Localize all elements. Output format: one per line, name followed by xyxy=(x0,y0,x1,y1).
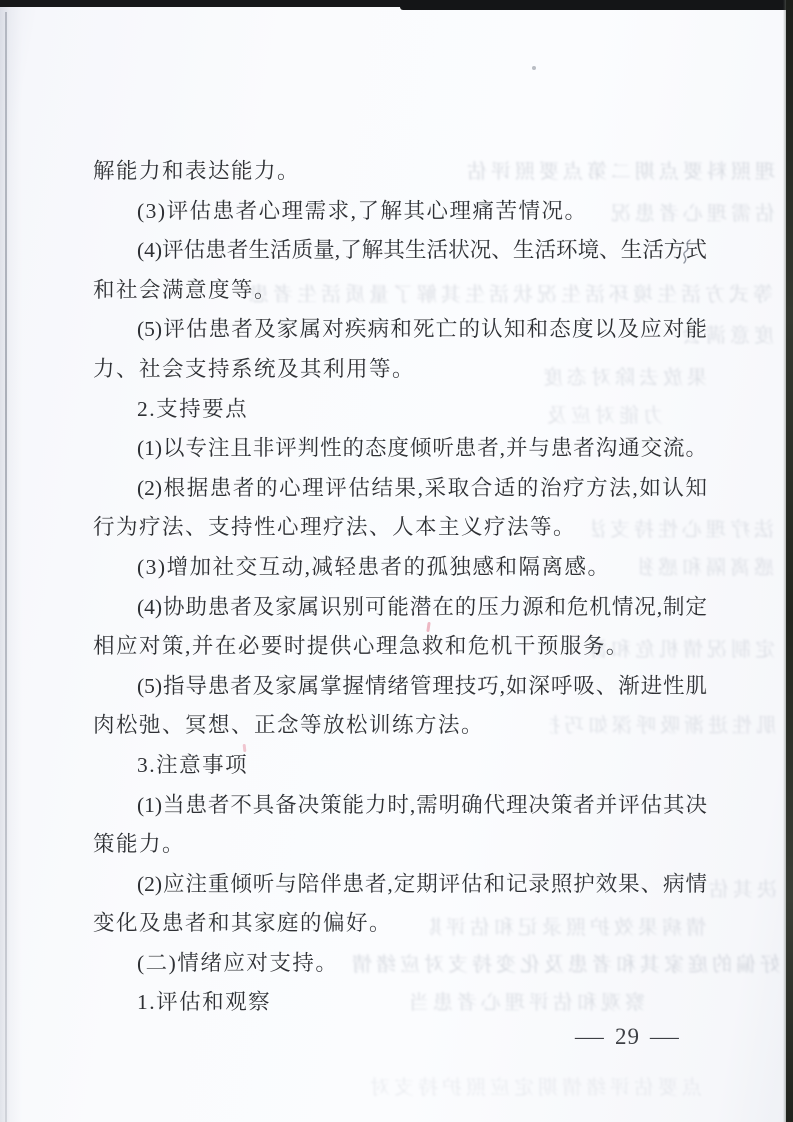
page-number: — 29 — xyxy=(578,1024,677,1050)
text-line: (2)根据患者的心理评估结果,采取合适的治疗方法,如认知 xyxy=(93,469,707,509)
text-line: (1)当患者不具备决策能力时,需明确代理决策者并评估其决 xyxy=(93,786,707,826)
scan-edge-left-shade xyxy=(0,7,22,1122)
scanned-page: 理照料要点期二第点要照评估 估需理心者患况 等式方活生境环活生况状活生其解了量质… xyxy=(0,0,793,1122)
scan-edge-right xyxy=(786,0,793,1122)
text-line: 相应对策,并在必要时提供心理急救和危机干预服务。 xyxy=(93,627,707,667)
ink-squiggle-mark xyxy=(680,238,694,266)
text-line: (4)评估患者生活质量,了解其生活状况、生活环境、生活方式 xyxy=(93,231,707,271)
text-line: 解能力和表达能力。 xyxy=(93,152,707,192)
text-line: (2)应注重倾听与陪伴患者,定期评估和记录照护效果、病情 xyxy=(93,865,707,905)
text-line: (1)以专注且非评判性的态度倾听患者,并与患者沟通交流。 xyxy=(93,429,707,469)
bleed-through-text: 点要估评绪情期定应照护持支对 xyxy=(150,1076,702,1102)
text-line: (5)指导患者及家属掌握情绪管理技巧,如深呼吸、渐进性肌 xyxy=(93,667,707,707)
document-body: 解能力和表达能力。 (3)评估患者心理需求,了解其心理痛苦情况。 (4)评估患者… xyxy=(93,152,707,1023)
text-line: 策能力。 xyxy=(93,825,707,865)
text-line: (4)协助患者及家属识别可能潜在的压力源和危机情况,制定 xyxy=(93,588,707,628)
scan-edge-top-thick xyxy=(400,0,793,10)
text-line: (二)情绪应对支持。 xyxy=(93,944,707,984)
text-line: 肉松弛、冥想、正念等放松训练方法。 xyxy=(93,706,707,746)
scan-edge-left-line xyxy=(5,12,7,1122)
text-line: 行为疗法、支持性心理疗法、人本主义疗法等。 xyxy=(93,508,707,548)
gray-speck xyxy=(532,66,536,70)
text-line: (3)评估患者心理需求,了解其心理痛苦情况。 xyxy=(93,192,707,232)
text-line: 变化及患者和其家庭的偏好。 xyxy=(93,904,707,944)
text-line: (3)增加社交互动,减轻患者的孤独感和隔离感。 xyxy=(93,548,707,588)
page-number-dash-left: — xyxy=(575,1024,605,1050)
text-line: 1.评估和观察 xyxy=(93,983,707,1023)
text-line: 力、社会支持系统及其利用等。 xyxy=(93,350,707,390)
text-line: 2.支持要点 xyxy=(93,390,707,430)
page-number-value: 29 xyxy=(615,1024,640,1050)
text-line: (5)评估患者及家属对疾病和死亡的认知和态度以及应对能 xyxy=(93,310,707,350)
text-line: 3.注意事项 xyxy=(93,746,707,786)
bleed-through-text: 决其估 xyxy=(695,878,777,904)
text-line: 和社会满意度等。 xyxy=(93,271,707,311)
page-number-dash-right: — xyxy=(650,1024,680,1050)
